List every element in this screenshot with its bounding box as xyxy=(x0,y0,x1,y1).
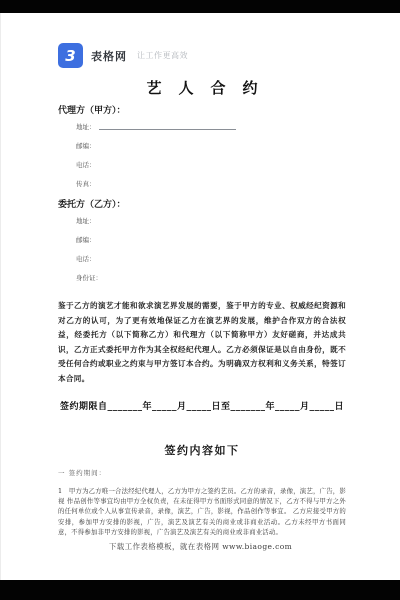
biaoge-logo-icon: 3 xyxy=(58,43,83,68)
party-b-phone-row: 电话： xyxy=(76,249,346,268)
document-page: 3 表格网 让工作更高效 艺人合约 代理方（甲方）： 地址： 邮编： 电话： 传… xyxy=(0,13,400,580)
party-a-address-row: 地址： xyxy=(76,117,346,136)
viewer-bottom-bar xyxy=(0,580,400,600)
party-a-postcode-label: 邮编： xyxy=(76,141,96,150)
party-b-postcode-row: 邮编： xyxy=(76,230,346,249)
party-b-phone-label: 电话： xyxy=(76,254,96,263)
clause-1-title: 一 签约期间： xyxy=(58,468,346,477)
party-a-heading: 代理方（甲方）： xyxy=(58,105,346,117)
party-a-fax-label: 传真： xyxy=(76,179,96,188)
brand-tagline: 让工作更高效 xyxy=(137,50,188,61)
brand-name: 表格网 xyxy=(91,48,127,64)
party-a-address-blank-line xyxy=(99,124,236,130)
party-a-fax-row: 传真： xyxy=(76,174,346,193)
contract-content-heading: 签约内容如下 xyxy=(58,442,346,458)
party-b-postcode-label: 邮编： xyxy=(76,235,96,244)
brand-header: 3 表格网 让工作更高效 xyxy=(58,43,346,68)
party-a-fields: 地址： 邮编： 电话： 传真： xyxy=(76,117,346,193)
party-b-address-row: 地址： xyxy=(76,211,346,230)
contract-preamble-paragraph: 鉴于乙方的演艺才能和欲求演艺界发展的需要，鉴于甲方的专业、权威经纪资源和对乙方的… xyxy=(58,299,346,387)
download-footer-text: 下载工作表格模板，就在表格网 www.biaoge.com xyxy=(1,541,400,552)
party-b-address-label: 地址： xyxy=(76,216,96,225)
clause-1-body: 1 甲方为乙方唯一合法经纪代理人，乙方为甲方之签约艺员。乙方的录音，录像，演艺，… xyxy=(58,486,346,538)
party-b-idcard-label: 身份证： xyxy=(76,273,102,282)
party-b-idcard-row: 身份证： xyxy=(76,268,346,287)
party-a-phone-label: 电话： xyxy=(76,160,96,169)
party-b-heading: 委托方（乙方）： xyxy=(58,199,346,211)
party-a-address-label: 地址： xyxy=(76,122,96,131)
party-b-fields: 地址： 邮编： 电话： 身份证： xyxy=(76,211,346,287)
document-title: 艺人合约 xyxy=(58,77,346,98)
viewer-top-bar xyxy=(0,0,400,13)
party-a-phone-row: 电话： xyxy=(76,155,346,174)
contract-term-line: 签约期限自_______年_____月_____日至_______年_____月… xyxy=(58,399,346,412)
party-a-postcode-row: 邮编： xyxy=(76,136,346,155)
document-content: 3 表格网 让工作更高效 艺人合约 代理方（甲方）： 地址： 邮编： 电话： 传… xyxy=(1,13,400,538)
